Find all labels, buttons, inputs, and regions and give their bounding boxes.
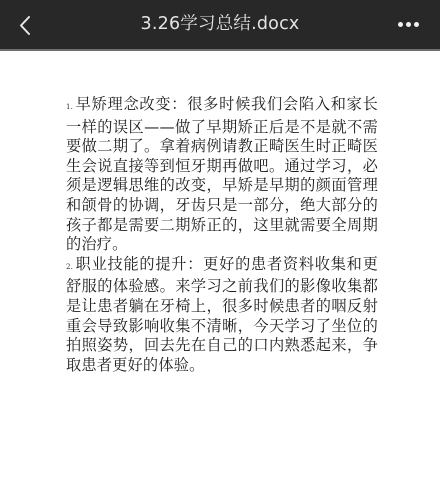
chevron-left-icon (14, 10, 38, 40)
list-item: 2.职业技能的提升：更好的患者资料收集和更舒服的体验感。来学习之前我们的影像收集… (66, 255, 378, 376)
list-marker: 1. (66, 103, 73, 111)
paragraph-text: 职业技能的提升：更好的患者资料收集和更舒服的体验感。来学习之前我们的影像收集都是… (66, 255, 378, 374)
nav-bar: 3.26学习总结.docx (0, 0, 440, 51)
document-page[interactable]: 1.早矫理念改变：很多时候我们会陷入和家长一样的误区——做了早期矫正后是不是就不… (0, 51, 440, 500)
document-title: 3.26学习总结.docx (60, 0, 380, 49)
paragraph-text: 早矫理念改变：很多时候我们会陷入和家长一样的误区——做了早期矫正后是不是就不需要… (66, 95, 378, 253)
back-button[interactable] (14, 10, 38, 40)
list-marker: 2. (66, 263, 73, 271)
more-options-button[interactable] (392, 14, 426, 36)
document-body: 1.早矫理念改变：很多时候我们会陷入和家长一样的误区——做了早期矫正后是不是就不… (66, 95, 378, 375)
list-item: 1.早矫理念改变：很多时候我们会陷入和家长一样的误区——做了早期矫正后是不是就不… (66, 95, 378, 255)
